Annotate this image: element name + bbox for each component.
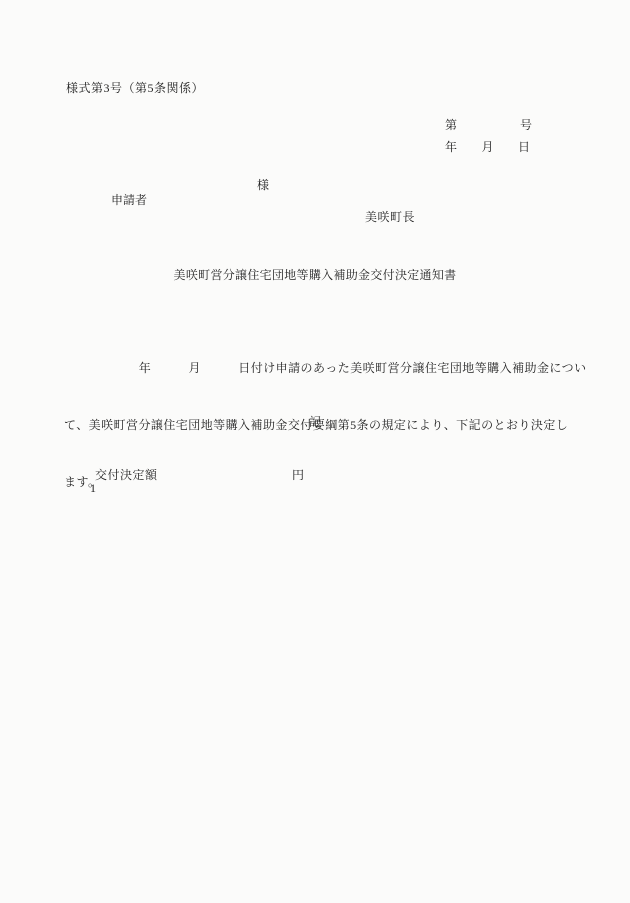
item-label: 交付決定額	[95, 466, 158, 483]
date-line: 年 月 日	[445, 138, 530, 155]
doc-number-prefix: 第	[445, 116, 457, 133]
date-year-label: 年	[445, 138, 457, 155]
recipient-line: 申請者 様	[99, 176, 399, 238]
document-page: 様式第3号（第5条関係） 第 号 年 月 日 申請者 様 美咲町長 美咲町営分譲…	[0, 0, 630, 903]
item-unit-yen: 円	[292, 466, 304, 483]
record-marker: 記	[0, 413, 630, 430]
body-line: 年 月 日付け申請のあった美咲町営分譲住宅団地等購入補助金につい	[64, 359, 584, 378]
item-number: 1	[90, 481, 96, 495]
doc-number-line: 第 号	[445, 116, 532, 133]
date-month-label: 月	[481, 138, 493, 155]
item-line-grant-amount: 1 交付決定額 円	[78, 466, 478, 541]
sender-mayor: 美咲町長	[365, 208, 415, 225]
form-number: 様式第3号（第5条関係）	[66, 79, 204, 96]
recipient-honorific: 様	[257, 176, 269, 193]
recipient-label: 申請者	[111, 193, 147, 207]
date-day-label: 日	[518, 138, 530, 155]
doc-number-suffix: 号	[520, 116, 532, 133]
document-title: 美咲町営分譲住宅団地等購入補助金交付決定通知書	[0, 266, 630, 283]
